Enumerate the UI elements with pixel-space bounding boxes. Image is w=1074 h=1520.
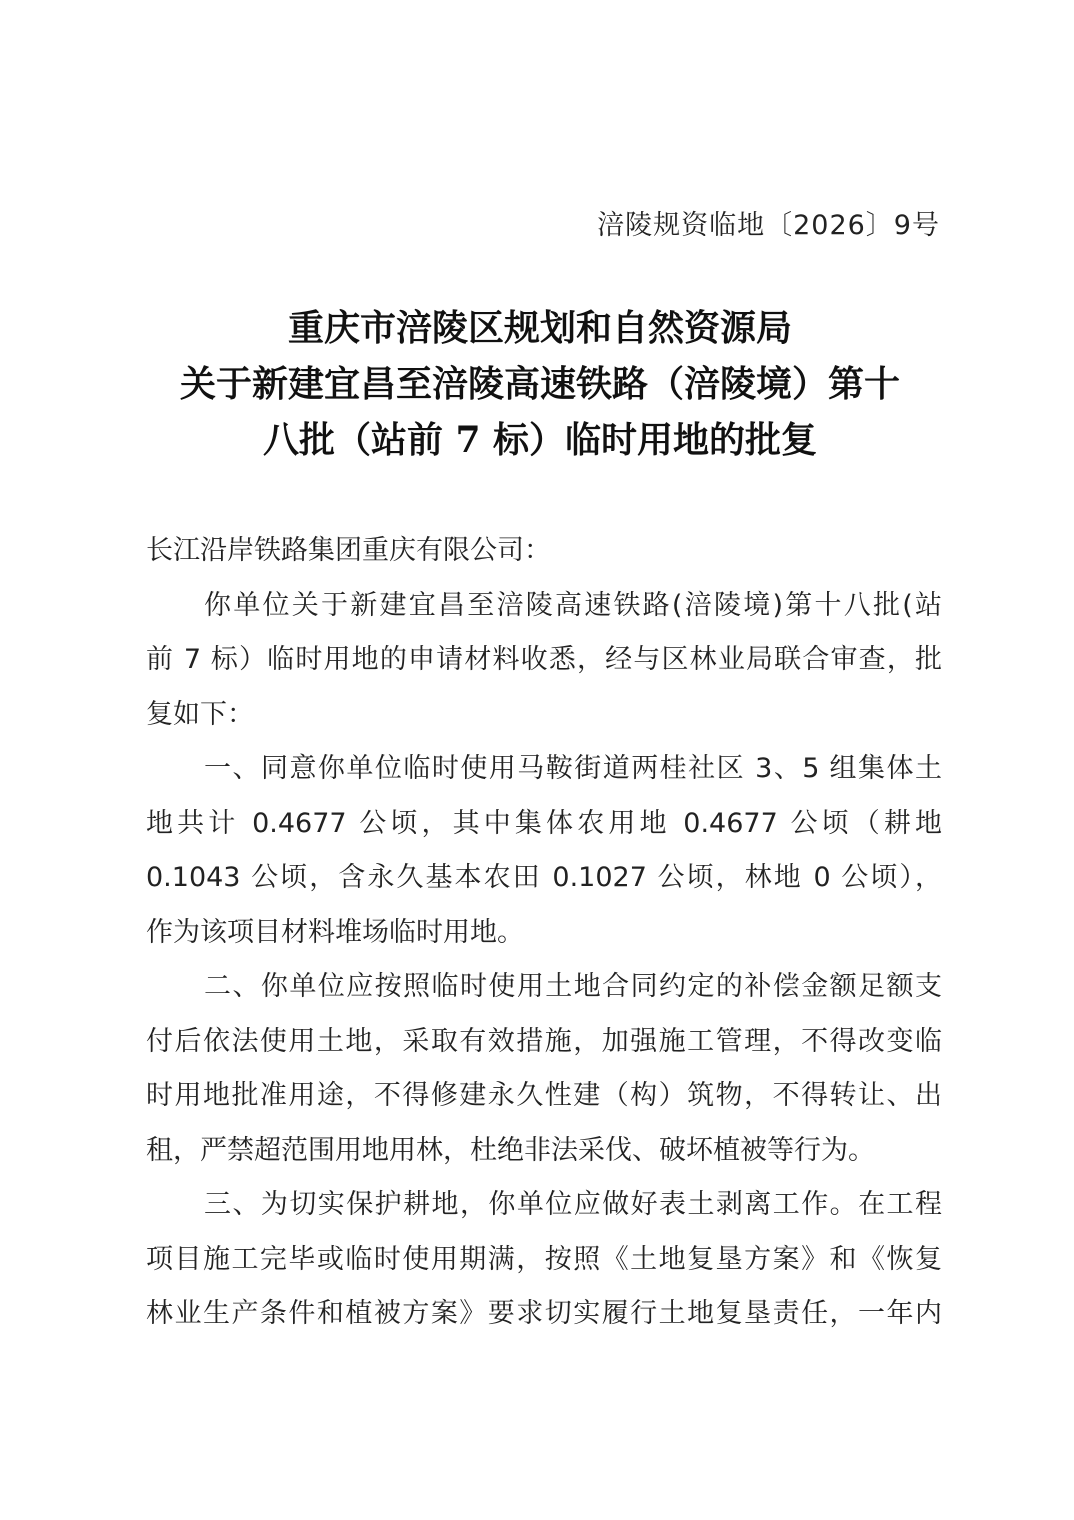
text-line: 付后依法使用土地，采取有效措施，加强施工管理，不得改变临 [146, 1015, 942, 1070]
title-line: 重庆市涪陵区规划和自然资源局 [140, 300, 940, 356]
text-line: 林业生产条件和植被方案》要求切实履行土地复垦责任，一年内 [146, 1287, 942, 1342]
text-line: 复如下： [146, 688, 942, 743]
text-line: 项目施工完毕或临时使用期满，按照《土地复垦方案》和《恢复 [146, 1233, 942, 1288]
document-page: 涪陵规资临地〔2026〕9号 重庆市涪陵区规划和自然资源局 关于新建宜昌至涪陵高… [0, 0, 1074, 1520]
text-line: 前 7 标）临时用地的申请材料收悉，经与区林业局联合审查，批 [146, 633, 942, 688]
text-line: 租，严禁超范围用地用林，杜绝非法采伐、破坏植被等行为。 [146, 1124, 942, 1179]
title-line: 八批（站前 7 标）临时用地的批复 [140, 412, 940, 468]
paragraph-item-3: 三、为切实保护耕地，你单位应做好表土剥离工作。在工程 项目施工完毕或临时使用期满… [146, 1178, 942, 1342]
paragraph-item-2: 二、你单位应按照临时使用土地合同约定的补偿金额足额支 付后依法使用土地，采取有效… [146, 960, 942, 1178]
text-line: 二、你单位应按照临时使用土地合同约定的补偿金额足额支 [146, 960, 942, 1015]
text-line: 0.1043 公顷，含永久基本农田 0.1027 公顷，林地 0 公顷）， [146, 851, 942, 906]
text-line: 三、为切实保护耕地，你单位应做好表土剥离工作。在工程 [146, 1178, 942, 1233]
document-title: 重庆市涪陵区规划和自然资源局 关于新建宜昌至涪陵高速铁路（涪陵境）第十 八批（站… [140, 300, 940, 468]
text-line: 时用地批准用途，不得修建永久性建（构）筑物，不得转让、出 [146, 1069, 942, 1124]
text-line: 一、同意你单位临时使用马鞍街道两桂社区 3、5 组集体土 [146, 742, 942, 797]
document-body: 长江沿岸铁路集团重庆有限公司： 你单位关于新建宜昌至涪陵高速铁路(涪陵境)第十八… [146, 524, 942, 1342]
document-number: 涪陵规资临地〔2026〕9号 [597, 203, 940, 242]
paragraph-intro: 你单位关于新建宜昌至涪陵高速铁路(涪陵境)第十八批(站 前 7 标）临时用地的申… [146, 579, 942, 743]
salutation: 长江沿岸铁路集团重庆有限公司： [146, 524, 942, 579]
text-line: 地共计 0.4677 公顷，其中集体农用地 0.4677 公顷（耕地 [146, 797, 942, 852]
paragraph-item-1: 一、同意你单位临时使用马鞍街道两桂社区 3、5 组集体土 地共计 0.4677 … [146, 742, 942, 960]
text-line: 作为该项目材料堆场临时用地。 [146, 906, 942, 961]
text-line: 你单位关于新建宜昌至涪陵高速铁路(涪陵境)第十八批(站 [146, 579, 942, 634]
title-line: 关于新建宜昌至涪陵高速铁路（涪陵境）第十 [140, 356, 940, 412]
